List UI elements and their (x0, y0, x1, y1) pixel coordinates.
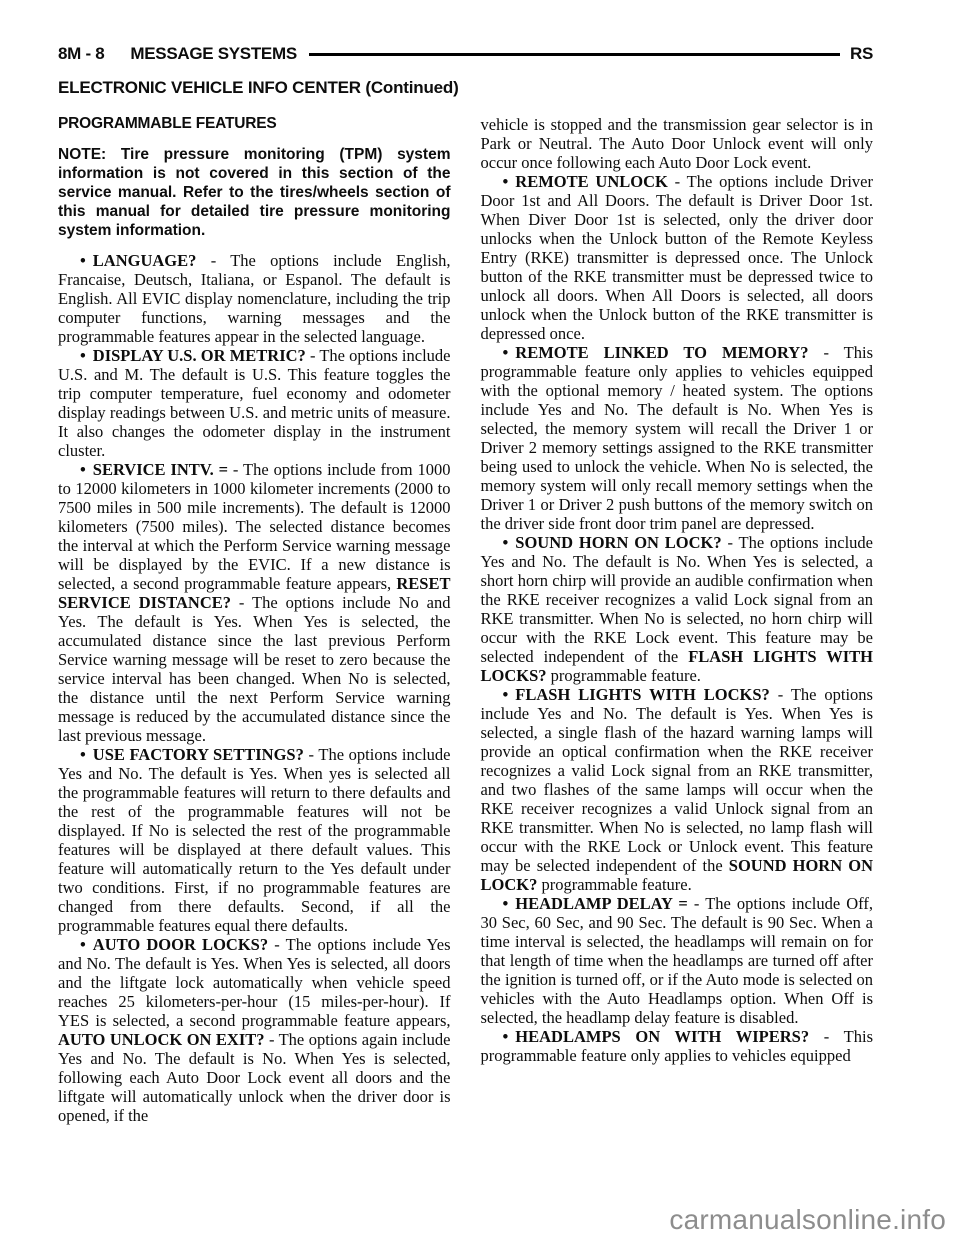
feature-body: - The options include Driver Door 1st an… (481, 172, 874, 343)
feature-term: USE FACTORY SETTINGS? (93, 745, 304, 764)
note-paragraph: NOTE: Tire pressure monitoring (TPM) sys… (58, 145, 451, 240)
feature-service-interval: •SERVICE INTV. = - The options include f… (58, 460, 451, 745)
feature-term: HEADLAMP DELAY = (515, 894, 688, 913)
running-header: 8M - 8 MESSAGE SYSTEMS RS (58, 44, 873, 64)
bullet-icon: • (503, 894, 509, 913)
bullet-icon: • (80, 460, 86, 479)
feature-body: - The options include from 1000 to 12000… (58, 460, 451, 593)
feature-term: DISPLAY U.S. OR METRIC? (93, 346, 306, 365)
continuation-paragraph: vehicle is stopped and the transmission … (481, 115, 874, 172)
section-heading: PROGRAMMABLE FEATURES (58, 115, 451, 133)
feature-body: - The options include Yes and No. The de… (481, 685, 874, 875)
feature-term: REMOTE UNLOCK (515, 172, 668, 191)
bullet-icon: • (503, 1027, 509, 1046)
bullet-icon: • (80, 745, 86, 764)
feature-body: - This programmable feature only applies… (481, 343, 874, 533)
left-column: PROGRAMMABLE FEATURES NOTE: Tire pressur… (58, 115, 451, 1125)
feature-display-us-metric: •DISPLAY U.S. OR METRIC? - The options i… (58, 346, 451, 460)
bullet-icon: • (503, 685, 509, 704)
bullet-icon: • (503, 172, 509, 191)
manual-page: 8M - 8 MESSAGE SYSTEMS RS ELECTRONIC VEH… (0, 0, 960, 1242)
bullet-icon: • (503, 533, 509, 552)
feature-term: SOUND HORN ON LOCK? (515, 533, 721, 552)
feature-sound-horn-on-lock: •SOUND HORN ON LOCK? - The options inclu… (481, 533, 874, 685)
feature-body: - The options include Yes and No. The de… (58, 745, 451, 935)
page-code: 8M - 8 (58, 44, 104, 64)
feature-body: - The options include No and Yes. The de… (58, 593, 451, 745)
model-code: RS (850, 44, 873, 64)
section-title: MESSAGE SYSTEMS (130, 44, 296, 64)
feature-term: REMOTE LINKED TO MEMORY? (515, 343, 808, 362)
watermark: carmanualsonline.info (669, 1204, 946, 1236)
feature-subterm: AUTO UNLOCK ON EXIT? (58, 1030, 265, 1049)
feature-headlamps-on-with-wipers: •HEADLAMPS ON WITH WIPERS? - This progra… (481, 1027, 874, 1065)
bullet-icon: • (503, 343, 509, 362)
feature-term: LANGUAGE? (93, 251, 197, 270)
right-column: vehicle is stopped and the transmission … (481, 115, 874, 1125)
page-content: 8M - 8 MESSAGE SYSTEMS RS ELECTRONIC VEH… (58, 44, 873, 1125)
feature-remote-unlock: •REMOTE UNLOCK - The options include Dri… (481, 172, 874, 343)
bullet-icon: • (80, 346, 86, 365)
feature-auto-door-locks: •AUTO DOOR LOCKS? - The options include … (58, 935, 451, 1125)
feature-term: AUTO DOOR LOCKS? (93, 935, 268, 954)
header-rule (309, 53, 840, 56)
feature-body: - The options include Off, 30 Sec, 60 Se… (481, 894, 874, 1027)
feature-term: HEADLAMPS ON WITH WIPERS? (515, 1027, 809, 1046)
bullet-icon: • (80, 251, 86, 270)
feature-body: programmable feature. (537, 875, 691, 894)
feature-term: SERVICE INTV. = (93, 460, 228, 479)
feature-term: FLASH LIGHTS WITH LOCKS? (515, 685, 770, 704)
feature-flash-lights-with-locks: •FLASH LIGHTS WITH LOCKS? - The options … (481, 685, 874, 894)
feature-use-factory-settings: •USE FACTORY SETTINGS? - The options inc… (58, 745, 451, 935)
feature-headlamp-delay: •HEADLAMP DELAY = - The options include … (481, 894, 874, 1027)
feature-remote-linked-to-memory: •REMOTE LINKED TO MEMORY? - This program… (481, 343, 874, 533)
feature-body: programmable feature. (547, 666, 701, 685)
article-title: ELECTRONIC VEHICLE INFO CENTER (Continue… (58, 78, 873, 98)
bullet-icon: • (80, 935, 86, 954)
feature-language: •LANGUAGE? - The options include English… (58, 251, 451, 346)
two-column-layout: PROGRAMMABLE FEATURES NOTE: Tire pressur… (58, 115, 873, 1125)
